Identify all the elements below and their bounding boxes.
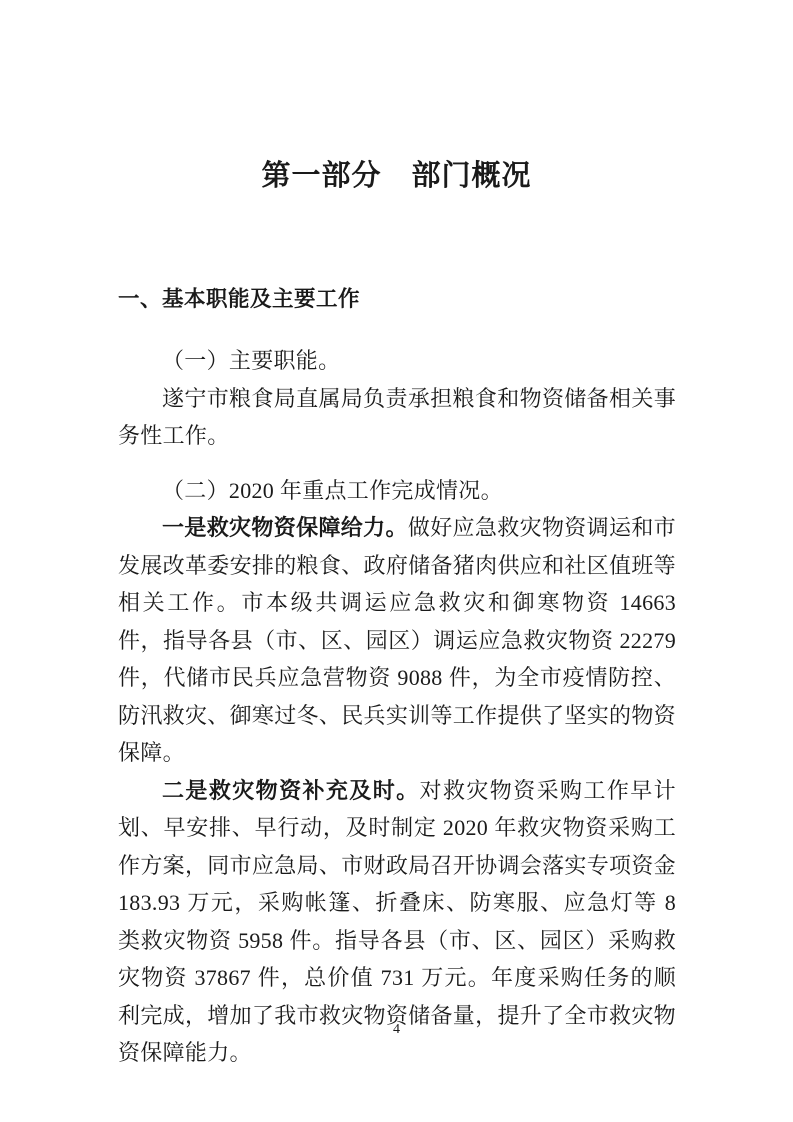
paragraph-lead: 一是救灾物资保障给力。 [162,515,408,540]
paragraph-lead: 二是救灾物资补充及时。 [162,778,420,803]
paragraph-text: （一）主要职能。 [162,348,340,373]
page-number: 4 [0,1022,793,1038]
paragraph-text: （二）2020 年重点工作完成情况。 [162,478,503,503]
paragraph-body-1: 遂宁市粮食局直属局负责承担粮食和物资储备相关事务性工作。 [118,380,676,455]
paragraph-body-2: 一是救灾物资保障给力。做好应急救灾物资调运和市发展改革委安排的粮食、政府储备猪肉… [118,509,676,772]
document-title: 第一部分 部门概况 [0,0,793,196]
paragraph-text: 做好应急救灾物资调运和市发展改革委安排的粮食、政府储备猪肉供应和社区值班等相关工… [118,515,676,765]
paragraph-subhead-1: （一）主要职能。 [118,342,676,380]
document-page: 第一部分 部门概况 一、基本职能及主要工作 （一）主要职能。 遂宁市粮食局直属局… [0,0,793,1122]
section-heading: 一、基本职能及主要工作 [118,284,676,314]
document-body: （一）主要职能。 遂宁市粮食局直属局负责承担粮食和物资储备相关事务性工作。 （二… [0,342,793,1072]
paragraph-text: 遂宁市粮食局直属局负责承担粮食和物资储备相关事务性工作。 [118,386,676,449]
paragraph-subhead-2: （二）2020 年重点工作完成情况。 [118,472,676,510]
